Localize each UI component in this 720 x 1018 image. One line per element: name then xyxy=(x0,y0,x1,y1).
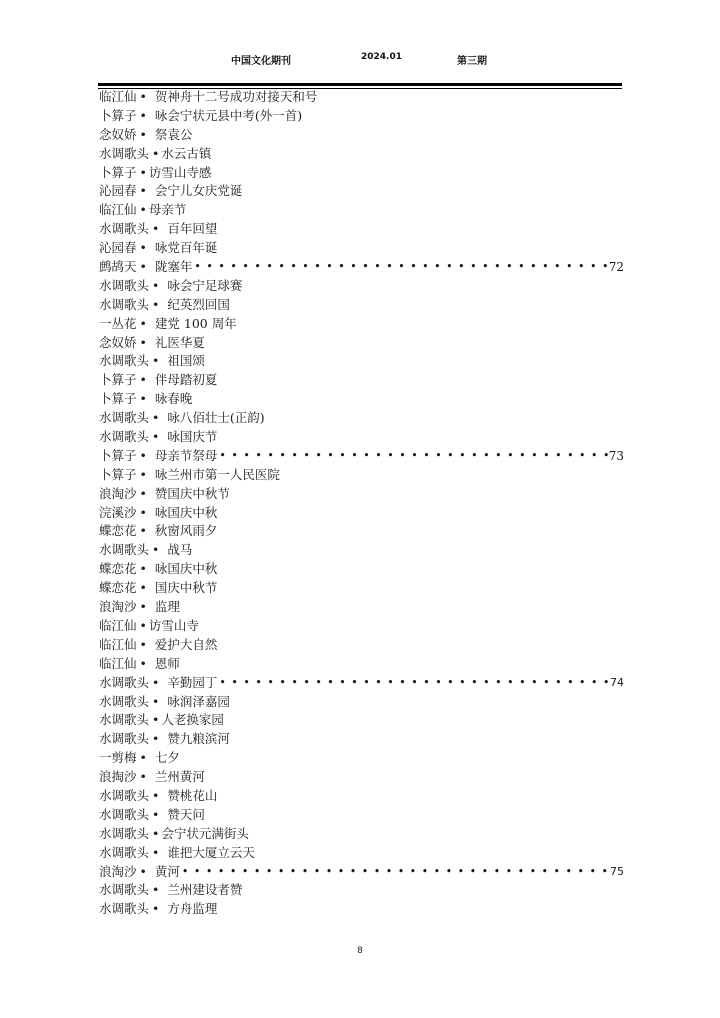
poem-title: 祭袁公 xyxy=(155,126,193,145)
table-of-contents: 临江仙•贺神舟十二号成功对接天和号卜算子•咏会宁状元县中考(外一首)念奴娇•祭袁… xyxy=(99,88,624,919)
tune-name: 浪淘沙 xyxy=(99,485,137,504)
tune-name: 卜算子 xyxy=(99,390,137,409)
separator-dot: • xyxy=(137,164,149,183)
toc-entry: 水调歌头•赞九粮滨河 xyxy=(99,730,624,749)
tune-name: 水调歌头 xyxy=(99,711,149,730)
toc-entry: 水调歌头•百年回望 xyxy=(99,220,624,239)
toc-entry: 浣溪沙•咏国庆中秋 xyxy=(99,504,624,523)
toc-entry: 水调歌头•祖国颂 xyxy=(99,352,624,371)
poem-title: 辛勤园丁 xyxy=(167,674,217,693)
separator-dot: • xyxy=(137,315,155,334)
poem-title: 贺神舟十二号成功对接天和号 xyxy=(155,88,318,107)
poem-title: 人老换家园 xyxy=(161,711,224,730)
toc-entry: 水调歌头•会宁状元满街头 xyxy=(99,825,624,844)
poem-title: 方舟监理 xyxy=(167,900,217,919)
header-rule-thick xyxy=(98,83,622,86)
dot-leader: • • • • • • • • • • • • • • • • • • • • … xyxy=(192,258,607,277)
separator-dot: • xyxy=(149,825,161,844)
tune-name: 一丛花 xyxy=(99,315,137,334)
tune-name: 浪淘沙 xyxy=(99,863,137,882)
tune-name: 沁园春 xyxy=(99,182,137,201)
poem-title: 伴母踏初夏 xyxy=(155,371,218,390)
toc-entry: 临江仙•访雪山寺 xyxy=(99,617,624,636)
toc-entry: 念奴娇•祭袁公 xyxy=(99,126,624,145)
separator-dot: • xyxy=(149,787,167,806)
separator-dot: • xyxy=(137,504,155,523)
poem-title: 咏八佰壮士(正韵) xyxy=(167,409,264,428)
poem-title: 礼医华夏 xyxy=(155,334,205,353)
separator-dot: • xyxy=(149,844,167,863)
tune-name: 浪掏沙 xyxy=(99,768,137,787)
poem-title: 会宁状元满街头 xyxy=(161,825,249,844)
toc-entry: 水调歌头•咏国庆节 xyxy=(99,428,624,447)
page-reference: 75 xyxy=(609,863,624,882)
tune-name: 水调歌头 xyxy=(99,674,149,693)
poem-title: 访雪山寺感 xyxy=(149,164,212,183)
tune-name: 临江仙 xyxy=(99,655,137,674)
poem-title: 纪英烈回国 xyxy=(167,296,230,315)
separator-dot: • xyxy=(137,258,155,277)
poem-title: 赞九粮滨河 xyxy=(167,730,230,749)
poem-title: 七夕 xyxy=(155,749,180,768)
toc-entry: 水调歌头•赞桃花山 xyxy=(99,787,624,806)
toc-entry: 浪淘沙•监理 xyxy=(99,598,624,617)
toc-entry: 水调歌头•谁把大厦立云天 xyxy=(99,844,624,863)
toc-entry: 鹧鸪天•陇塞年• • • • • • • • • • • • • • • • •… xyxy=(99,258,624,277)
poem-title: 母亲节祭母 xyxy=(155,447,218,466)
dot-leader: • • • • • • • • • • • • • • • • • • • • … xyxy=(217,447,607,466)
tune-name: 卜算子 xyxy=(99,371,137,390)
separator-dot: • xyxy=(137,655,155,674)
toc-entry: 浪淘沙•黄河• • • • • • • • • • • • • • • • • … xyxy=(99,863,624,882)
poem-title: 咏会宁状元县中考(外一首) xyxy=(155,107,302,126)
tune-name: 卜算子 xyxy=(99,107,137,126)
tune-name: 蝶恋花 xyxy=(99,522,137,541)
separator-dot: • xyxy=(137,126,155,145)
separator-dot: • xyxy=(149,541,167,560)
tune-name: 水调歌头 xyxy=(99,409,149,428)
poem-title: 建党 100 周年 xyxy=(155,315,237,334)
tune-name: 沁园春 xyxy=(99,239,137,258)
tune-name: 水调歌头 xyxy=(99,145,149,164)
poem-title: 国庆中秋节 xyxy=(155,579,218,598)
tune-name: 水调歌头 xyxy=(99,900,149,919)
page-reference: 73 xyxy=(608,447,624,466)
separator-dot: • xyxy=(149,881,167,900)
tune-name: 一剪梅 xyxy=(99,749,137,768)
tune-name: 蝶恋花 xyxy=(99,579,137,598)
poem-title: 赞天问 xyxy=(167,806,205,825)
toc-entry: 一丛花•建党 100 周年 xyxy=(99,315,624,334)
toc-entry: 临江仙•贺神舟十二号成功对接天和号 xyxy=(99,88,624,107)
toc-entry: 卜算子•伴母踏初夏 xyxy=(99,371,624,390)
separator-dot: • xyxy=(149,220,167,239)
poem-title: 水云古镇 xyxy=(161,145,211,164)
toc-entry: 卜算子•访雪山寺感 xyxy=(99,164,624,183)
tune-name: 浣溪沙 xyxy=(99,504,137,523)
toc-entry: 蝶恋花•秋窗风雨夕 xyxy=(99,522,624,541)
separator-dot: • xyxy=(137,485,155,504)
separator-dot: • xyxy=(137,768,155,787)
toc-entry: 水调歌头•人老换家园 xyxy=(99,711,624,730)
separator-dot: • xyxy=(137,390,155,409)
separator-dot: • xyxy=(149,277,167,296)
toc-entry: 一剪梅•七夕 xyxy=(99,749,624,768)
separator-dot: • xyxy=(137,88,155,107)
tune-name: 鹧鸪天 xyxy=(99,258,137,277)
tune-name: 念奴娇 xyxy=(99,126,137,145)
separator-dot: • xyxy=(149,674,167,693)
toc-entry: 水调歌头•纪英烈回国 xyxy=(99,296,624,315)
poem-title: 兰州建设者赞 xyxy=(167,881,242,900)
separator-dot: • xyxy=(149,352,167,371)
page-number: 8 xyxy=(0,946,720,956)
issue-number: 第三期 xyxy=(457,52,487,67)
separator-dot: • xyxy=(137,560,155,579)
tune-name: 临江仙 xyxy=(99,88,137,107)
tune-name: 卜算子 xyxy=(99,466,137,485)
separator-dot: • xyxy=(137,579,155,598)
toc-entry: 浪掏沙•兰州黄河 xyxy=(99,768,624,787)
tune-name: 水调歌头 xyxy=(99,352,149,371)
toc-entry: 卜算子•咏会宁状元县中考(外一首) xyxy=(99,107,624,126)
tune-name: 水调歌头 xyxy=(99,428,149,447)
toc-entry: 临江仙•爱护大自然 xyxy=(99,636,624,655)
poem-title: 恩师 xyxy=(155,655,180,674)
toc-entry: 水调歌头•咏八佰壮士(正韵) xyxy=(99,409,624,428)
separator-dot: • xyxy=(137,749,155,768)
tune-name: 浪淘沙 xyxy=(99,598,137,617)
tune-name: 水调歌头 xyxy=(99,296,149,315)
tune-name: 水调歌头 xyxy=(99,787,149,806)
poem-title: 百年回望 xyxy=(167,220,217,239)
toc-entry: 水调歌头•赞天问 xyxy=(99,806,624,825)
dot-leader: • • • • • • • • • • • • • • • • • • • • … xyxy=(217,674,609,693)
separator-dot: • xyxy=(149,296,167,315)
issue-date: 2024.01 xyxy=(361,52,402,62)
separator-dot: • xyxy=(137,863,155,882)
poem-title: 咏国庆节 xyxy=(167,428,217,447)
poem-title: 咏春晚 xyxy=(155,390,193,409)
tune-name: 蝶恋花 xyxy=(99,560,137,579)
toc-entry: 卜算子•母亲节祭母• • • • • • • • • • • • • • • •… xyxy=(99,447,624,466)
toc-entry: 水调歌头•战马 xyxy=(99,541,624,560)
poem-title: 咏国庆中秋 xyxy=(155,560,218,579)
toc-entry: 水调歌头•水云古镇 xyxy=(99,145,624,164)
toc-entry: 临江仙•母亲节 xyxy=(99,201,624,220)
poem-title: 咏润泽嘉园 xyxy=(167,693,230,712)
separator-dot: • xyxy=(149,730,167,749)
poem-title: 爱护大自然 xyxy=(155,636,218,655)
separator-dot: • xyxy=(137,182,155,201)
poem-title: 祖国颂 xyxy=(167,352,205,371)
separator-dot: • xyxy=(137,239,155,258)
toc-entry: 卜算子•咏兰州市第一人民医院 xyxy=(99,466,624,485)
toc-entry: 水调歌头•方舟监理 xyxy=(99,900,624,919)
dot-leader: • • • • • • • • • • • • • • • • • • • • … xyxy=(180,863,609,882)
separator-dot: • xyxy=(137,371,155,390)
separator-dot: • xyxy=(137,201,149,220)
poem-title: 会宁儿女庆党诞 xyxy=(155,182,243,201)
separator-dot: • xyxy=(149,409,167,428)
poem-title: 赞国庆中秋节 xyxy=(155,485,230,504)
tune-name: 临江仙 xyxy=(99,201,137,220)
separator-dot: • xyxy=(149,711,161,730)
page-reference: 72 xyxy=(608,258,624,277)
toc-entry: 水调歌头•辛勤园丁• • • • • • • • • • • • • • • •… xyxy=(99,674,624,693)
poem-title: 黄河 xyxy=(155,863,180,882)
tune-name: 水调歌头 xyxy=(99,806,149,825)
separator-dot: • xyxy=(137,598,155,617)
separator-dot: • xyxy=(149,693,167,712)
tune-name: 水调歌头 xyxy=(99,693,149,712)
tune-name: 水调歌头 xyxy=(99,825,149,844)
tune-name: 水调歌头 xyxy=(99,541,149,560)
separator-dot: • xyxy=(137,522,155,541)
toc-entry: 沁园春•咏党百年诞 xyxy=(99,239,624,258)
separator-dot: • xyxy=(149,428,167,447)
toc-entry: 临江仙•恩师 xyxy=(99,655,624,674)
toc-entry: 水调歌头•咏润泽嘉园 xyxy=(99,693,624,712)
toc-entry: 浪淘沙•赞国庆中秋节 xyxy=(99,485,624,504)
tune-name: 水调歌头 xyxy=(99,881,149,900)
separator-dot: • xyxy=(137,334,155,353)
separator-dot: • xyxy=(149,900,167,919)
poem-title: 咏兰州市第一人民医院 xyxy=(155,466,280,485)
toc-entry: 蝶恋花•国庆中秋节 xyxy=(99,579,624,598)
tune-name: 卜算子 xyxy=(99,164,137,183)
separator-dot: • xyxy=(137,466,155,485)
page-reference: 74 xyxy=(609,674,624,693)
toc-entry: 蝶恋花•咏国庆中秋 xyxy=(99,560,624,579)
poem-title: 监理 xyxy=(155,598,180,617)
running-header: 中国文化期刊 2024.01 第三期 xyxy=(0,52,720,68)
poem-title: 秋窗风雨夕 xyxy=(155,522,218,541)
tune-name: 念奴娇 xyxy=(99,334,137,353)
journal-title: 中国文化期刊 xyxy=(231,52,291,67)
separator-dot: • xyxy=(137,636,155,655)
poem-title: 咏党百年诞 xyxy=(155,239,218,258)
tune-name: 临江仙 xyxy=(99,617,137,636)
toc-entry: 念奴娇•礼医华夏 xyxy=(99,334,624,353)
poem-title: 母亲节 xyxy=(149,201,187,220)
poem-title: 咏会宁足球赛 xyxy=(167,277,242,296)
toc-entry: 卜算子•咏春晚 xyxy=(99,390,624,409)
tune-name: 水调歌头 xyxy=(99,730,149,749)
separator-dot: • xyxy=(137,447,155,466)
separator-dot: • xyxy=(137,617,149,636)
tune-name: 水调歌头 xyxy=(99,277,149,296)
poem-title: 谁把大厦立云天 xyxy=(167,844,255,863)
poem-title: 战马 xyxy=(167,541,192,560)
separator-dot: • xyxy=(149,806,167,825)
poem-title: 赞桃花山 xyxy=(167,787,217,806)
tune-name: 卜算子 xyxy=(99,447,137,466)
toc-entry: 水调歌头•兰州建设者赞 xyxy=(99,881,624,900)
poem-title: 陇塞年 xyxy=(155,258,193,277)
separator-dot: • xyxy=(137,107,155,126)
poem-title: 访雪山寺 xyxy=(149,617,199,636)
tune-name: 水调歌头 xyxy=(99,220,149,239)
separator-dot: • xyxy=(149,145,161,164)
toc-entry: 沁园春•会宁儿女庆党诞 xyxy=(99,182,624,201)
poem-title: 兰州黄河 xyxy=(155,768,205,787)
tune-name: 临江仙 xyxy=(99,636,137,655)
toc-entry: 水调歌头•咏会宁足球赛 xyxy=(99,277,624,296)
tune-name: 水调歌头 xyxy=(99,844,149,863)
poem-title: 咏国庆中秋 xyxy=(155,504,218,523)
